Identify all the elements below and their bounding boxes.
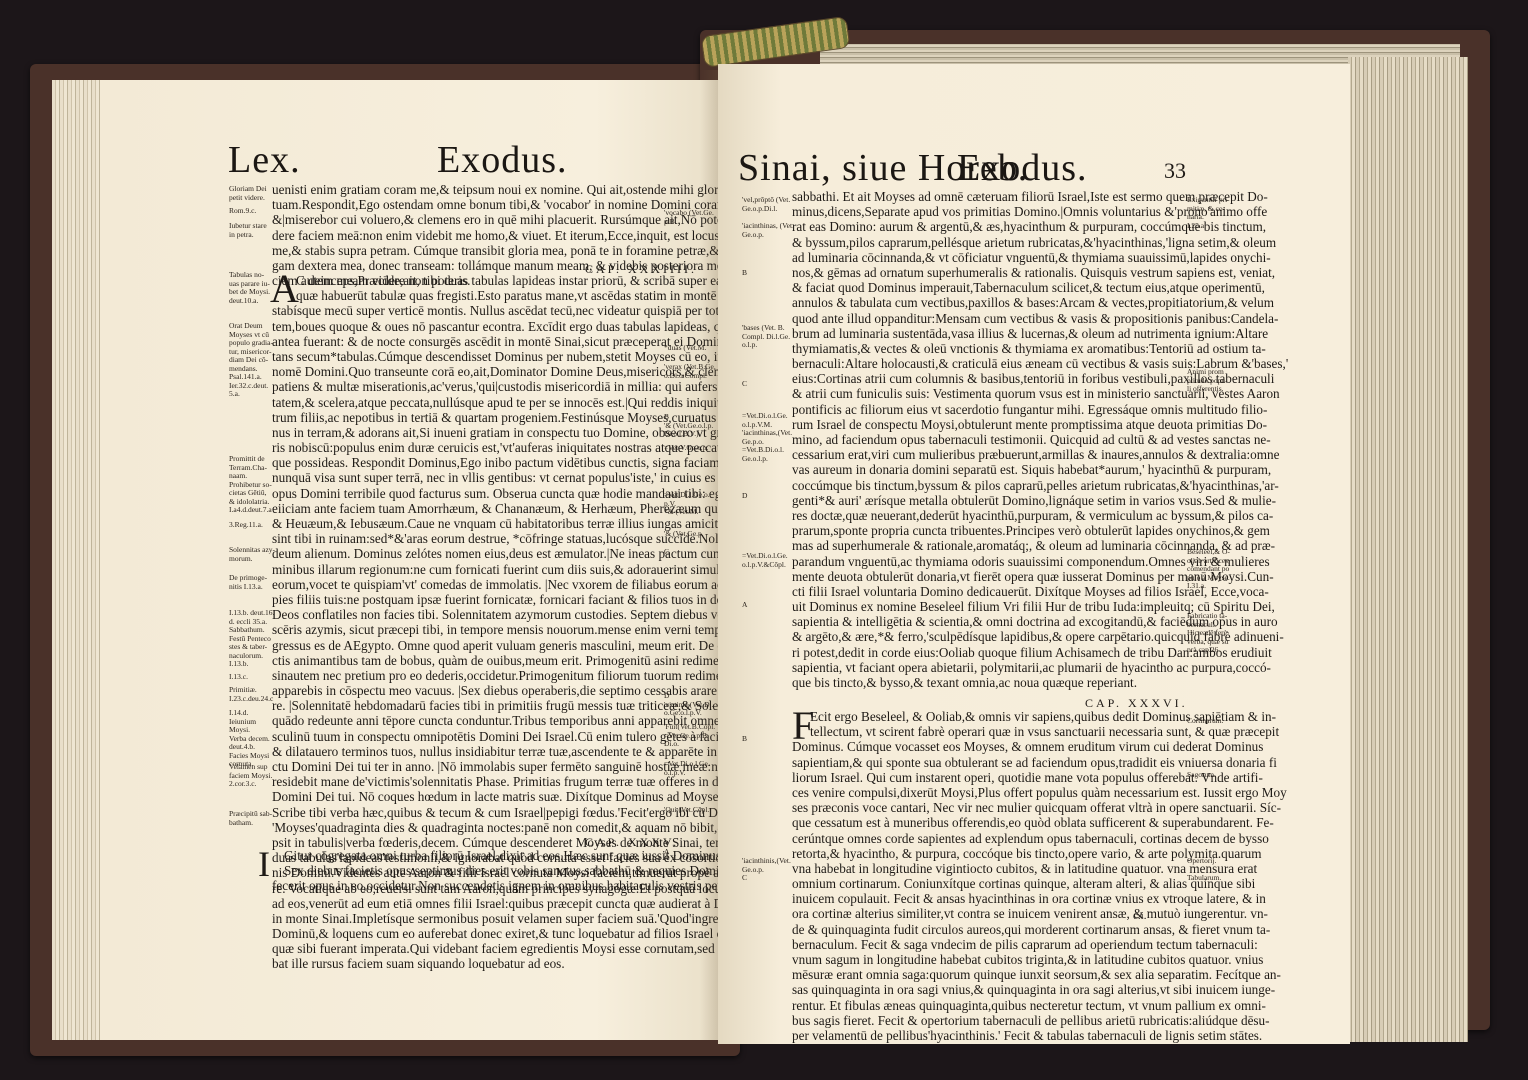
- text-line: mino, ad faciendum opus tabernaculi test…: [792, 432, 1182, 447]
- text-line: prarum,sponte propria cuncta tribuentes.…: [792, 523, 1182, 538]
- text-line: 'Moyses'quadraginta dies & quadraginta n…: [272, 820, 672, 835]
- text-line: nos,& gēmas ad ornatum superhumeralis & …: [792, 265, 1182, 280]
- marginal-note: Promittit deTerram.Cha-naam.Prohibetur s…: [229, 455, 272, 515]
- text-line: cti filii Israel voluntaria Domino dedic…: [792, 584, 1182, 599]
- marginal-note: Rom.9.c.: [229, 207, 256, 216]
- text-line: tem,boues quoque & oues nō pascantur eco…: [272, 319, 672, 334]
- marginal-note: Tabulas no-uas parare iu-bet de Moysi.de…: [229, 271, 270, 305]
- marginal-note: Exiguntur primitiæ, & co-naria.I.25.a.: [1187, 196, 1227, 230]
- text-line: sinautem nec pretium pro eo dederis,occi…: [272, 668, 672, 683]
- marginal-note: Præcipitū sab-batham.: [229, 810, 272, 827]
- text-line: bus sagis fieret. Fecit & opertorium tab…: [792, 1013, 1182, 1028]
- text-line: sculinū tuum in conspectu omnipotētis Do…: [272, 729, 672, 744]
- marginal-note: Gloriam Deipetit videre.: [229, 185, 267, 202]
- marginal-note: Iubetur starein petra.: [229, 222, 267, 239]
- text-line: bernaculum. Fecit & saga vndecim de pili…: [792, 937, 1182, 952]
- text-line: mas ad superhumerale & rationale,aromatá…: [792, 538, 1182, 553]
- text-line: ri potest,dedit in corde eius:Ooliab quo…: [792, 645, 1182, 660]
- text-line: dere faciem meā:non enim videbit me homo…: [272, 228, 672, 243]
- text-line: antea fuerant: & de nocte consurgēs ascē…: [272, 334, 672, 349]
- text-line: minibus illarum regionum:ne cum fornicat…: [272, 562, 672, 577]
- marginal-note: D: [742, 492, 747, 501]
- text-line: cessarium erat,viri cum mulieribus præbu…: [792, 447, 1182, 462]
- text-line: sapientiam,& qui sponte sua obtulerant s…: [792, 755, 1182, 770]
- marginal-note: C: [742, 380, 747, 389]
- text-line: trum filiis,ac nepotibus in tertiā & qua…: [272, 410, 672, 425]
- text-line: retorta,& hyacintho, & purpura, coccóque…: [792, 846, 1182, 861]
- text-line: nus in terram,& adorans ait,Si inueni gr…: [272, 425, 672, 440]
- text-line: sas quinquaginta in ora sagi vnius,& qui…: [792, 982, 1182, 997]
- text-line: scēris azymis, sicut præcepi tibi, in te…: [272, 622, 672, 637]
- marginal-note: Animi promptitudo popu-li offerentis.: [1187, 368, 1228, 394]
- text-line: rentur. Et fibulas æneas quinquaginta,qu…: [792, 998, 1182, 1013]
- marginal-note: Sagorum.: [1187, 771, 1216, 780]
- marginal-note: B: [742, 735, 747, 744]
- marginal-note: A: [664, 848, 669, 857]
- marginal-note: Fabricatio ta-bernaculi.Hic eadē ferèver…: [1187, 612, 1228, 655]
- marginal-note: I.13.c.: [229, 673, 248, 682]
- text-line: stabísque mecū super verticē montis. Nul…: [272, 303, 672, 318]
- text-line: quæ sibi fuerant imperata.Qui videbant f…: [272, 941, 672, 956]
- text-line: res doctæ,quæ neuerant,dederūt hyacinthū…: [792, 508, 1182, 523]
- marginal-note: B: [742, 269, 747, 278]
- text-line: que possideas. Respondit Dominus,Ego ini…: [272, 455, 672, 470]
- text-line: bat ille rursus faciem suam siquando loq…: [272, 956, 672, 971]
- text-line: ctis animantibus tam de bobus, quàm de o…: [272, 653, 672, 668]
- text-line: pontificis ac filiorum eius vt sacerdoti…: [792, 402, 1182, 417]
- text-line: uit Dominus ex nomine Beseleel filium Vr…: [792, 599, 1182, 614]
- text-line: residebit mane de'victimis'solennitatis …: [272, 774, 672, 789]
- text-line: tuam.Respondit,Ego ostendam omne bonum t…: [272, 197, 672, 212]
- text-line: Ecit ergo Beseleel, & Ooliab,& omnis vir…: [792, 709, 1182, 724]
- text-line: Deos conflatiles non facies tibi. Solenn…: [272, 607, 672, 622]
- text-line: bernaculi:Altare holocausti,& craticulā …: [792, 356, 1182, 371]
- text-line: sapientia & intelligētia & scientia,& om…: [792, 614, 1182, 629]
- marginal-note: 'bases (Vet. B.Compl. Di.l.Ge.o.l.p.: [742, 324, 790, 350]
- marginal-note: Tabularum.: [1187, 874, 1221, 883]
- text-line: apparebis in cōspectu meo vacuus. |Sex d…: [272, 683, 672, 698]
- text-line: mente deuota obtulerūt donaria,vt fierēt…: [792, 569, 1182, 584]
- text-line: Sex diebus facietis opus:septimus dies e…: [272, 863, 672, 878]
- text-line: quādo redeunte anni tēpore cuncta condun…: [272, 713, 672, 728]
- text-line: ses præconis voce cantari, Nec vir nec m…: [792, 800, 1182, 815]
- marginal-note: Beseleel,& O-oliab artifices,cōmendant p…: [1187, 548, 1230, 591]
- text-line: Dominus. Cúmque vocasset eos Moyses, & o…: [792, 739, 1182, 754]
- text-line: ad luminaria cōcinnanda,& vt cōficiatur …: [792, 250, 1182, 265]
- marginal-note: 'iacinthinis,(Vet.Ge.o.p.C: [742, 857, 791, 883]
- text-line: rat eas Domino: aurum & argentū,& æs,hya…: [792, 219, 1182, 234]
- running-head-center: Exodus.: [437, 138, 568, 182]
- marginal-note: Primitiæ.I.23.c.deu.24.c: [229, 686, 273, 703]
- signature-mark: c.i.: [1133, 910, 1146, 922]
- text-line: gressus es de AEgypto. Omne quod aperit …: [272, 638, 672, 653]
- text-line: vnum sagum in longitudine habebat cubito…: [792, 952, 1182, 967]
- page-block-right-edge: [1348, 57, 1468, 1042]
- text-line: deum alienum. Dominus zelótes nomen eius…: [272, 546, 672, 561]
- text-line: thymiamatis,& vectes & oleū vnctionis & …: [792, 341, 1182, 356]
- text-line: vna habebat in longitudine vigintiocto c…: [792, 861, 1182, 876]
- text-line: tatem,& scelera,atque peccata,nullúsque …: [272, 395, 672, 410]
- text-line: per velamentū de pellibus'hyacinthinis.'…: [792, 1028, 1182, 1043]
- text-line: sint tibi in ruinam:sed*&'aras eorum des…: [272, 531, 672, 546]
- text-line: & byssum,pilos caprarum,pellésque arietu…: [792, 235, 1182, 250]
- text-line: fecerit opus in eo,occidetur.Non succend…: [272, 878, 672, 893]
- text-line: in monte Sinai.Impletísque sermonibus po…: [272, 911, 672, 926]
- marginal-note: Orat DeumMoyses vt cūpopulo gradia-tur, …: [229, 322, 273, 399]
- text-line: minus,dicens,Separate apud vos primitias…: [792, 204, 1182, 219]
- text-line: brum ad luminaria sustentāda,vasa illius…: [792, 326, 1182, 341]
- marginal-note: 'iacinthinas, (Vet.Ge.o.p.: [742, 222, 794, 239]
- marginal-note: C: [664, 548, 669, 557]
- text-line: mēsuræ erant omnia saga:quorum quinque i…: [792, 967, 1182, 982]
- marginal-note: '& (Vet.Ge.p.: [664, 530, 704, 539]
- text-line: eiiciam ante faciem tuam Amorrhæum, & Ch…: [272, 501, 672, 516]
- right-page-text-section: Ecit ergo Beseleel, & Ooliab,& omnis vir…: [792, 709, 1182, 1043]
- marginal-note: =Vet.Di.o.l.Ge.o.l.p.V.M.'iacinthinas,(V…: [742, 412, 792, 463]
- text-line: &|miserebor cui voluero,& clemens ero in…: [272, 212, 672, 227]
- text-line: ad eos,venerūt ad eum etiā omnes filii I…: [272, 896, 672, 911]
- text-line: tellectum, vt scirent fabrè operari quæ …: [792, 724, 1182, 739]
- text-line: ris nobiscū:populus enim duræ ceruicis e…: [272, 440, 672, 455]
- text-line: & faciat quod Dominus imperauit,Tabernac…: [792, 280, 1182, 295]
- text-line: & atrii cum funiculis suis: Vestimenta q…: [792, 386, 1182, 401]
- running-head-center: Exodus.: [957, 146, 1088, 190]
- text-line: C deinceps,Præcīde,ait, tibi duas tabula…: [272, 273, 672, 288]
- running-head-left: Lex.: [228, 138, 301, 182]
- text-line: pies filiis tuis:ne postquam ipsæ fuerin…: [272, 592, 672, 607]
- text-line: ctu Domini Dei tui ter in anno. |Nō immo…: [272, 759, 672, 774]
- marginal-note: 3.Reg.11.a.: [229, 521, 263, 530]
- drop-cap: I: [258, 848, 270, 880]
- text-line: Domini Dei tui. Nō coques hœdum in lacte…: [272, 789, 672, 804]
- text-line: & argēto,& ære,*& ferro,'sculpēdísque la…: [792, 629, 1182, 644]
- text-line: nunquā visa sunt super terrā, nec in vll…: [272, 470, 672, 485]
- text-line: me,& stabis supra petram. Cúmque transib…: [272, 243, 672, 258]
- text-line: Dominū,& loquens cum eo auferebat donec …: [272, 926, 672, 941]
- text-line: & dilatauero terminos tuos, nullus insid…: [272, 744, 672, 759]
- marginal-note: =Vet.Di.o.l.Ge.o.l.p.V.&Cōpl.: [742, 552, 788, 569]
- text-line: Gitur cōgregata omni turba filiorū Israe…: [272, 848, 672, 863]
- text-line: cerúntque omnes corde sapientes ad exple…: [792, 831, 1182, 846]
- left-page-text-section: Gitur cōgregata omni turba filiorū Israe…: [272, 848, 672, 894]
- text-line: vas aureum in donaria domini separatū es…: [792, 462, 1182, 477]
- text-line: eorum,vocet te quispiam'vt' comedas de i…: [272, 577, 672, 592]
- text-line: patiens & multæ miserationis,ac'verus,'q…: [272, 379, 672, 394]
- text-line: coccúmque bis tinctum,byssum & pilos cap…: [792, 478, 1182, 493]
- text-line: annulos & tabulata cum vectibus,paxillos…: [792, 295, 1182, 310]
- text-line: que bis tincto,& bysso,& texant omnia,ac…: [792, 675, 1182, 690]
- text-line: sapientia, vt faciant opera abietarii, p…: [792, 660, 1182, 675]
- text-line: omnium cortinarum. Coniunxítque cortinas…: [792, 876, 1182, 891]
- text-line: parandum vnguentū,ac thymiama odoris sua…: [792, 554, 1182, 569]
- text-line: liorum Israel. Qui cum instarent operi, …: [792, 770, 1182, 785]
- text-line: de & quinquaginta fudit circulos aureos,…: [792, 922, 1182, 937]
- text-line: Scribe tibi verba hæc,quibus & tecum & c…: [272, 805, 672, 820]
- text-line: ces venire compulsi,dixerūt Moysi,Plus o…: [792, 785, 1182, 800]
- text-line: re. |Solennitatē hebdomadarū facies tibi…: [272, 698, 672, 713]
- text-line: eius:Cortinas atrii cum columnis & basib…: [792, 371, 1182, 386]
- text-line: quæ habuerūt tabulæ quas fregisti.Esto p…: [272, 288, 672, 303]
- text-line: que cessatum est à muneribus offerendis,…: [792, 815, 1182, 830]
- text-line: inuicem copulauit. Fecit & ansas hyacint…: [792, 891, 1182, 906]
- text-line: ora cortinæ alterius similiter,vt contra…: [792, 906, 1182, 921]
- text-line: & Heuæum,& Iebusæum.Caue ne vnquam cū ha…: [272, 516, 672, 531]
- marginal-note: Solennitas azy-morum.: [229, 546, 275, 563]
- text-line: opus Domini terribile quod facturus sum.…: [272, 486, 672, 501]
- text-line: genti*& auri' ærísque metalla obtulerūt …: [792, 493, 1182, 508]
- text-line: uenisti enim gratiam coram me,& teipsum …: [272, 182, 672, 197]
- marginal-note: A: [742, 601, 747, 610]
- right-page-text: sabbathi. Et ait Moyses ad omnē cæteruam…: [792, 189, 1182, 690]
- marginal-note: Opertorij.: [1187, 857, 1216, 866]
- text-line: tans secum*tabulas.Cúmque descendisset D…: [272, 349, 672, 364]
- marginal-note: De primoge-nitis I.13.a.: [229, 574, 267, 591]
- page-number: 33: [1164, 158, 1186, 184]
- marginal-note: Cortinarum.: [1187, 717, 1223, 726]
- marginal-note: 'vel,prōptō (Vet.Ge.o.p.Di.l.: [742, 196, 790, 213]
- marginal-note: I.13.b. deut.16.d. eccli 35.a.Sabbathum.…: [229, 609, 274, 669]
- marginal-note: I.14.d.IeiuniumMoysi.Verba decem.deut.4.…: [229, 709, 270, 769]
- marginal-note: Velamen supfaciem Moysi.2.cor.3.c.: [229, 763, 272, 789]
- text-line: nomē Domini.Quo transeunte corā eo,ait,D…: [272, 364, 672, 379]
- text-line: quod ante illud oppanditur:Mensam cum ve…: [792, 311, 1182, 326]
- text-line: sabbathi. Et ait Moyses ad omnē cæteruam…: [792, 189, 1182, 204]
- text-line: rum Israel de conspectu Moysi,obtulerunt…: [792, 417, 1182, 432]
